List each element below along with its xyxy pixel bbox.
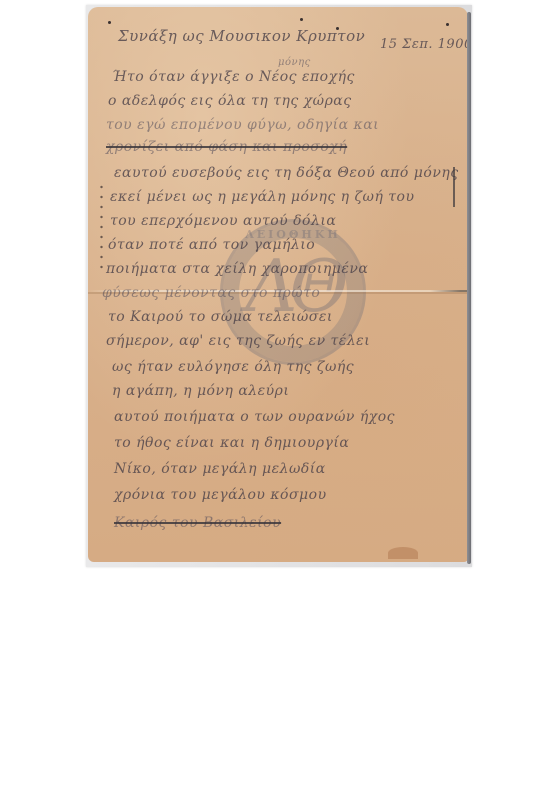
manuscript-line: το ήθος είναι και η δημιουργία xyxy=(114,435,349,451)
manuscript-line: εκεί μένει ως η μεγάλη μόνης η ζωή του xyxy=(110,189,415,205)
paper-stain xyxy=(388,547,418,559)
ink-spot xyxy=(108,21,111,24)
margin-marks xyxy=(100,182,103,272)
manuscript-line: αυτού ποιήματα ο των ουρανών ήχος xyxy=(114,409,395,425)
manuscript-line: ως ήταν ευλόγησε όλη της ζωής xyxy=(112,359,354,375)
manuscript-line: όταν ποτέ από τον γαμήλιο xyxy=(108,237,315,253)
manuscript-line: σήμερον, αφ' εις της ζωής εν τέλει xyxy=(106,333,370,349)
manuscript-line: του εγώ επομένου φύγω, οδηγία και xyxy=(106,117,379,133)
manuscript-line-struck: χρονίζει από φάση και προσοχή xyxy=(106,139,347,155)
manuscript-line: του επερχόμενου αυτού δόλια xyxy=(110,213,336,229)
ink-spot xyxy=(446,23,449,26)
manuscript-line: Νίκο, όταν μεγάλη μελωδία xyxy=(114,461,326,477)
manuscript-line: φύσεως μένοντας στο πρώτο xyxy=(102,285,320,301)
interlinear-note: μόνης xyxy=(278,57,311,68)
manuscript-line: το Καιρού το σώμα τελειώσει xyxy=(108,309,333,325)
manuscript-line-struck: Καιρός του Βασιλείου xyxy=(114,515,281,531)
scan-edge-shadow xyxy=(467,12,471,564)
manuscript-line: εαυτού ευσεβούς εις τη δόξα Θεού από μόν… xyxy=(114,165,459,181)
manuscript-line: Ήτο όταν άγγιξε ο Νέος εποχής xyxy=(112,69,355,85)
manuscript-line: χρόνια του μεγάλου κόσμου xyxy=(114,487,327,503)
margin-stroke xyxy=(453,167,455,207)
manuscript-line: ποιήματα στα χείλη χαροποιημένα xyxy=(106,261,368,277)
manuscript-line: ο αδελφός εις όλα τη της χώρας xyxy=(108,93,352,109)
ink-spot xyxy=(300,18,303,21)
manuscript-heading: Συνάξη ως Μουσικον Κρυπτον xyxy=(118,27,365,45)
manuscript-date: 15 Σεπ. 1900 xyxy=(380,37,468,52)
manuscript-line: η αγάπη, η μόνη αλεύρι xyxy=(112,383,289,399)
manuscript-page: ΛΕΙΟΘΗΚΗ ΛΘ Συνάξη ως Μουσικον Κρυπτον 1… xyxy=(88,7,468,562)
